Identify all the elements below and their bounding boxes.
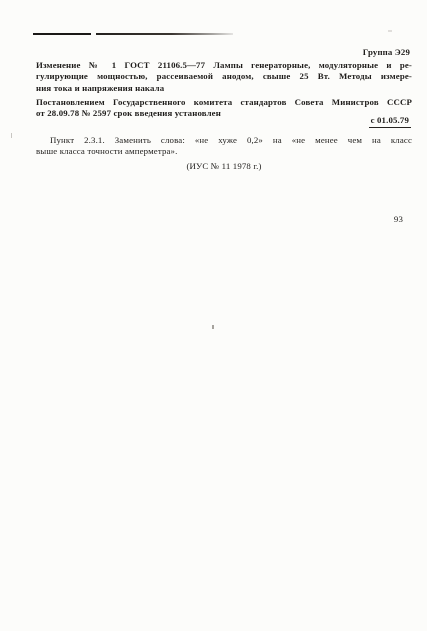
rule-segment-right (96, 33, 233, 35)
ius-reference: (ИУС № 11 1978 г.) (36, 161, 412, 172)
title-line-2: гулирующие мощностью, рассеиваемой анодо… (36, 71, 412, 82)
scan-speck (212, 325, 214, 329)
rule-segment-left (33, 33, 91, 35)
effective-date: с 01.05.79 (369, 115, 411, 128)
group-label: Группа Э29 (363, 47, 410, 58)
title-line-1: Изменение № 1 ГОСТ 21106.5—77 Лампы гене… (36, 60, 412, 71)
title-line-3: ния тока и напряжения накала (36, 83, 412, 94)
decree-line-2: от 28.09.78 № 2597 срок введения установ… (36, 108, 412, 119)
top-rule (33, 33, 233, 35)
decree-paragraph: Постановлением Государственного комитета… (36, 97, 412, 120)
page-number: 93 (394, 214, 403, 225)
amendment-line-1: Пункт 2.3.1. Заменить слова: «не хуже 0,… (36, 135, 412, 146)
scan-speck (388, 30, 392, 32)
scan-speck (11, 133, 12, 138)
decree-line-1: Постановлением Государственного комитета… (36, 97, 412, 108)
amendment-text: Пункт 2.3.1. Заменить слова: «не хуже 0,… (36, 135, 412, 158)
amendment-title: Изменение № 1 ГОСТ 21106.5—77 Лампы гене… (36, 60, 412, 94)
amendment-line-2: выше класса точности амперметра». (36, 146, 412, 157)
document-page: Группа Э29 Изменение № 1 ГОСТ 21106.5—77… (0, 0, 427, 631)
